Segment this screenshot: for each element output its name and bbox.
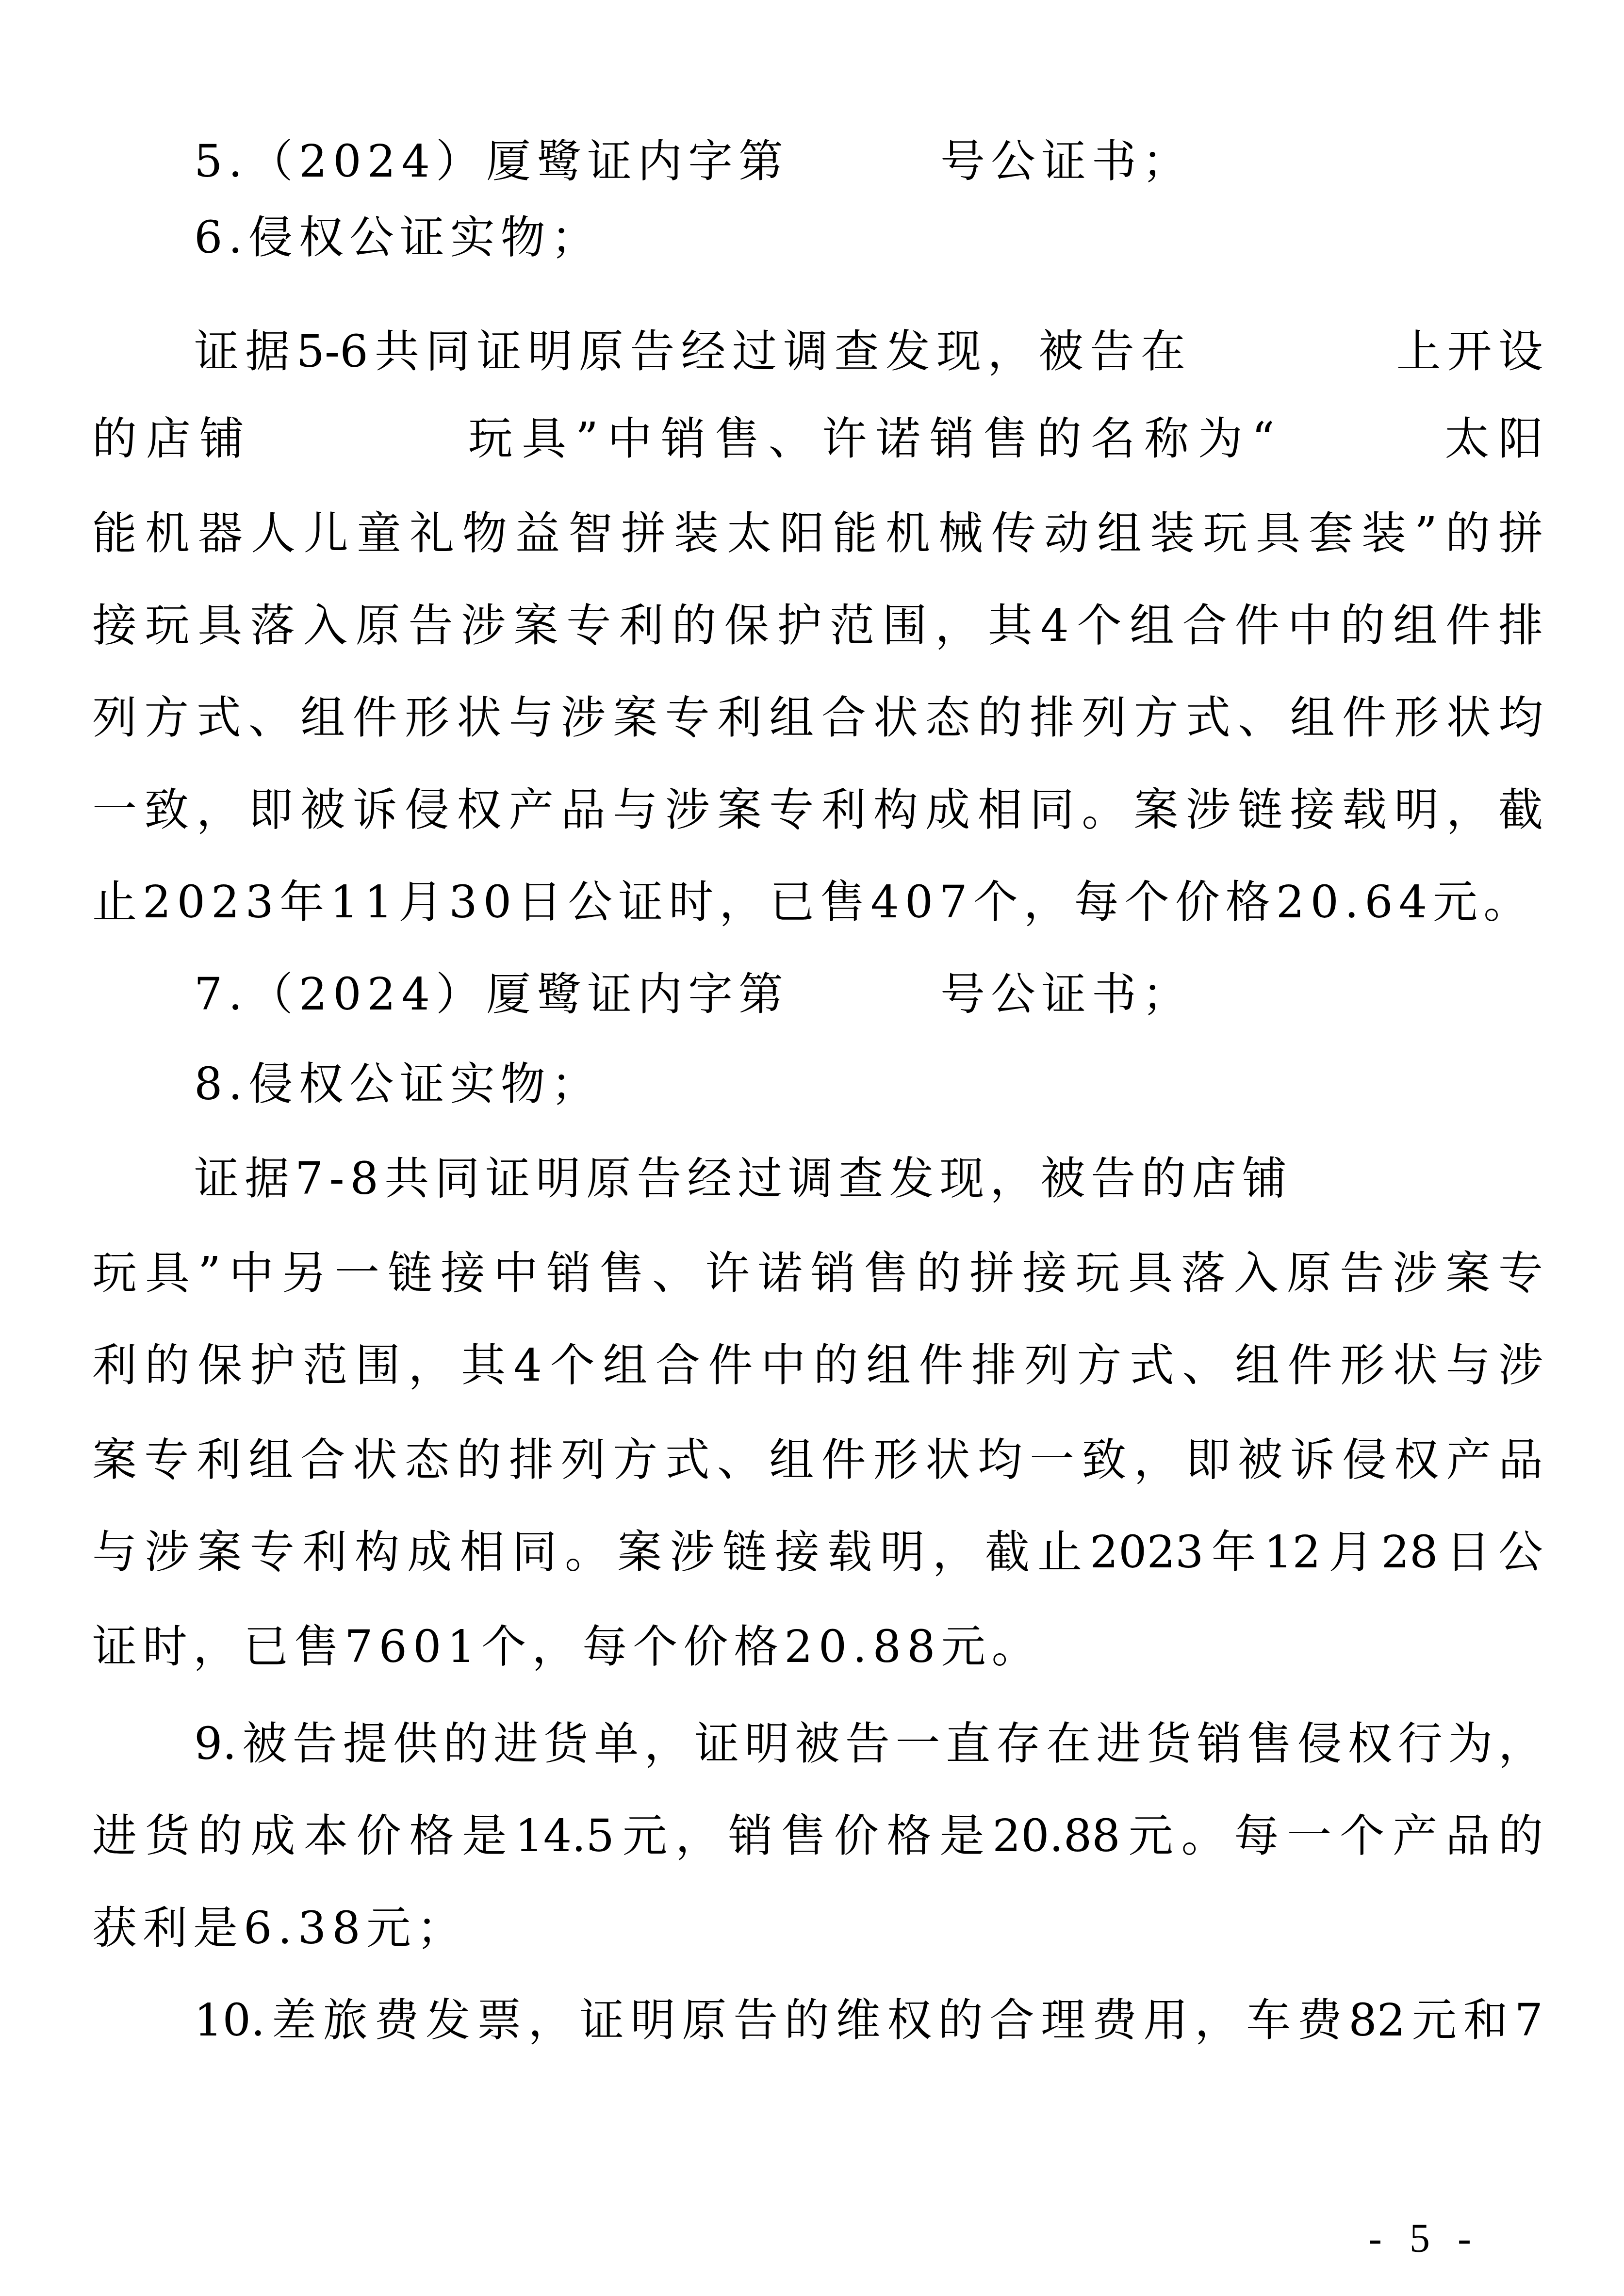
evidence-item-9-line-1: 9.被告提供的进货单，证明被告一直存在进货销售侵权行为， (194, 1712, 1543, 1775)
evidence-5-6-paragraph-line-3: 能机器人儿童礼物益智拼装太阳能机械传动组装玩具套装”的拼 (92, 502, 1543, 565)
evidence-item-9-line-2: 进货的成本价格是14.5元，销售价格是20.88元。每一个产品的 (92, 1805, 1543, 1868)
evidence-item-9-line-3: 获利是6.38元； (92, 1897, 1543, 1960)
evidence-item-6: 6.侵权公证实物； (194, 206, 1543, 269)
evidence-5-6-paragraph-line-2: 的店铺 玩具”中销售、许诺销售的名称为“ 太阳 (92, 407, 1543, 471)
evidence-7-8-paragraph-line-2: 玩具”中另一链接中销售、许诺销售的拼接玩具落入原告涉案专 (92, 1242, 1543, 1305)
evidence-7-8-paragraph-line-1: 证据7-8共同证明原告经过调查发现，被告的店铺 (194, 1147, 1543, 1210)
evidence-5-6-paragraph-line-7: 止2023年11月30日公证时，已售407个，每个价格20.64元。 (92, 871, 1543, 934)
evidence-7-8-paragraph-line-3: 利的保护范围，其4个组合件中的组件排列方式、组件形状与涉 (92, 1334, 1543, 1397)
evidence-7-8-paragraph-line-4: 案专利组合状态的排列方式、组件形状均一致，即被诉侵权产品 (92, 1429, 1543, 1492)
evidence-item-10-line-1: 10.差旅费发票，证明原告的维权的合理费用，车费82元和7 (194, 1989, 1543, 2052)
evidence-5-6-paragraph-line-1: 证据5-6共同证明原告经过调查发现，被告在 上开设 (194, 320, 1543, 383)
evidence-item-5: 5.（2024）厦鹭证内字第 号公证书； (194, 130, 1543, 193)
evidence-item-7: 7.（2024）厦鹭证内字第 号公证书； (194, 963, 1543, 1026)
evidence-5-6-paragraph-line-4: 接玩具落入原告涉案专利的保护范围，其4个组合件中的组件排 (92, 594, 1543, 657)
evidence-item-8: 8.侵权公证实物； (194, 1053, 1543, 1116)
document-page: 5.（2024）厦鹭证内字第 号公证书； 6.侵权公证实物； 证据5-6共同证明… (0, 0, 1624, 2296)
evidence-7-8-paragraph-line-6: 证时，已售7601个，每个价格20.88元。 (92, 1615, 1543, 1678)
page-number: - 5 - (1368, 2215, 1480, 2263)
evidence-5-6-paragraph-line-6: 一致，即被诉侵权产品与涉案专利构成相同。案涉链接载明，截 (92, 779, 1543, 842)
evidence-5-6-paragraph-line-5: 列方式、组件形状与涉案专利组合状态的排列方式、组件形状均 (92, 686, 1543, 749)
evidence-7-8-paragraph-line-5: 与涉案专利构成相同。案涉链接载明，截止2023年12月28日公 (92, 1521, 1543, 1584)
